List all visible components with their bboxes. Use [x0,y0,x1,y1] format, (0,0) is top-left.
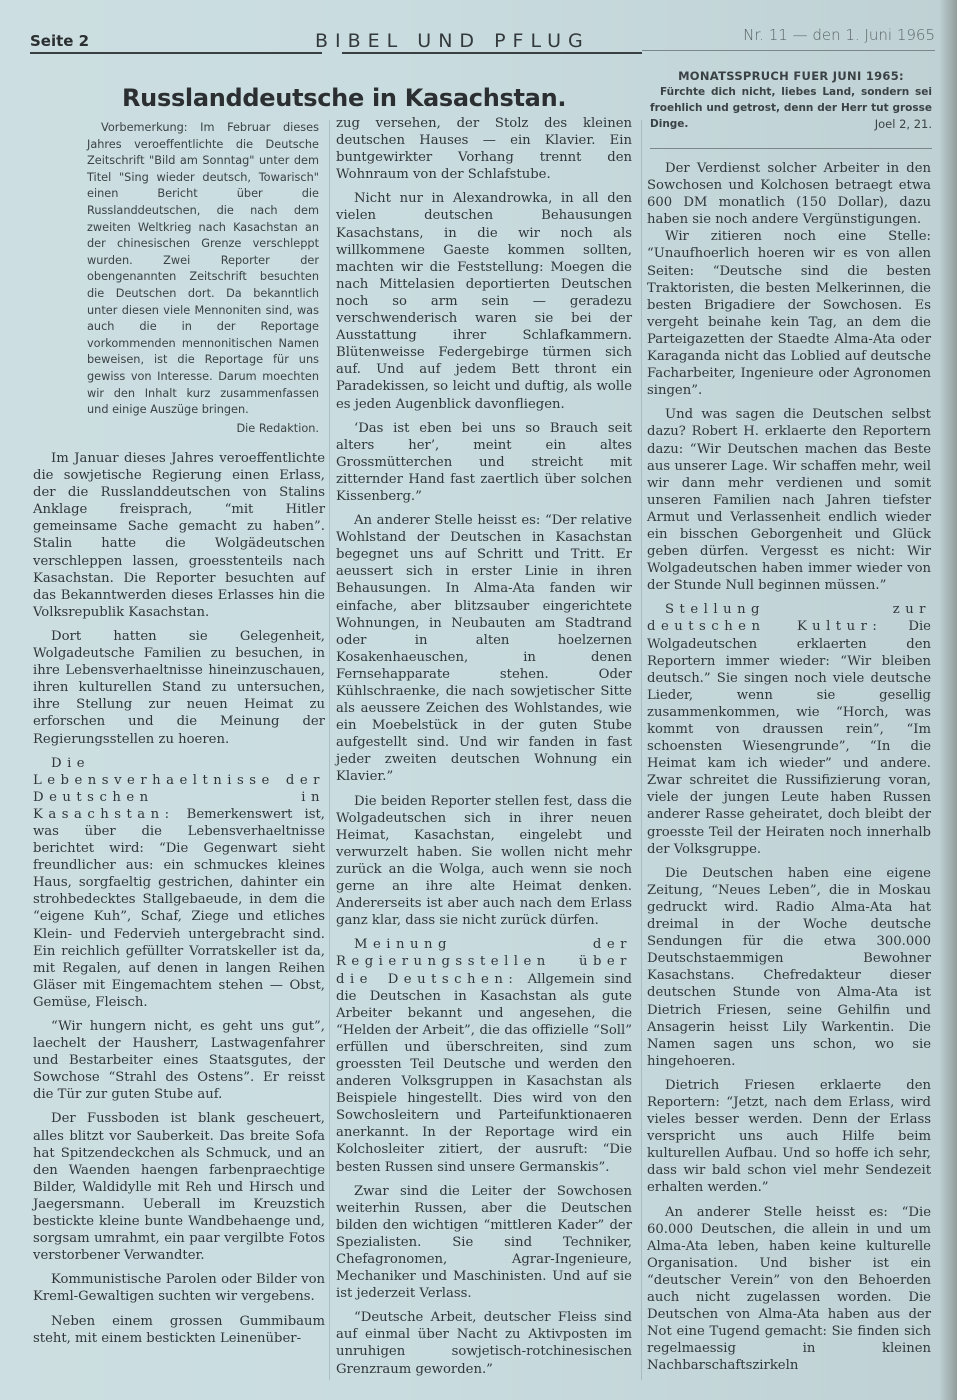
column-divider [641,120,642,1380]
paragraph: Die Deutschen haben eine eigene Zeitung,… [647,865,931,1070]
header-rule [342,52,642,54]
verse-divider [650,148,932,149]
paragraph: ‘Das ist eben bei uns so Brauch seit alt… [336,420,632,505]
preface-text: Vorbemerkung: Im Februar dieses Jahres v… [87,120,319,419]
newspaper-page: Seite 2 BIBEL UND PFLUG Nr. 11 — den 1. … [0,0,957,1400]
paragraph: Nicht nur in Alexandrowka, in all den vi… [336,190,632,412]
paragraph: zug versehen, der Stolz des kleinen deut… [336,115,632,183]
paragraph: Neben einem grossen Gummibaum steht, mit… [33,1313,325,1347]
paragraph: Kommunistische Parolen oder Bilder von K… [33,1271,325,1305]
paragraph: Wir zitieren noch eine Stelle: “Unaufhoe… [647,228,931,399]
paragraph: Der Fussboden ist blank gescheuert, alle… [33,1110,325,1264]
section-heading: Stellung zur deutschen Kultur: [647,602,931,634]
article-title: Russlanddeutsche in Kasachstan. [122,84,566,112]
verse-reference: Joel 2, 21. [865,116,932,132]
monthly-verse-text: Fürchte dich nicht, liebes Land, sondern… [650,84,932,132]
issue-date: Nr. 11 — den 1. Juni 1965 [743,26,935,44]
column-1: Im Januar dieses Jahres veroeffentlichte… [33,450,325,1354]
paragraph: Die beiden Reporter stellen fest, dass d… [336,793,632,930]
column-2: zug versehen, der Stolz des kleinen deut… [336,115,632,1385]
paragraph: Im Januar dieses Jahres veroeffentlichte… [33,450,325,621]
page-number: Seite 2 [30,32,89,50]
header-rule [642,50,935,51]
editorial-preface: Vorbemerkung: Im Februar dieses Jahres v… [87,120,319,437]
paragraph: Dietrich Friesen erklaerte den Reportern… [647,1077,931,1197]
monthly-verse: MONATSSPRUCH FUER JUNI 1965: Fürchte dic… [650,68,932,132]
paragraph: An anderer Stelle heisst es: “Der relati… [336,512,632,786]
paragraph: Dort hatten sie Gelegenheit, Wolgadeutsc… [33,628,325,748]
column-divider [329,120,330,1380]
preface-signature: Die Redaktion. [87,421,319,438]
paragraph: Zwar sind die Leiter der Sowchosen weite… [336,1183,632,1303]
header-rule [30,52,322,54]
page-header: Seite 2 BIBEL UND PFLUG Nr. 11 — den 1. … [30,32,935,62]
paragraph: Der Verdienst solcher Arbeiter in den So… [647,160,931,228]
binding-shadow [939,0,957,1400]
column-3: Der Verdienst solcher Arbeiter in den So… [647,160,931,1381]
section-paragraph: Meinung der Regierungsstellen über die D… [336,936,632,1175]
paragraph: “Deutsche Arbeit, deutscher Fleiss sind … [336,1309,632,1377]
section-paragraph: Stellung zur deutschen Kultur: Die Wolga… [647,601,931,857]
paragraph: An anderer Stelle heisst es: “Die 60.000… [647,1204,931,1375]
paragraph: Und was sagen die Deutschen selbst dazu?… [647,406,931,594]
masthead: BIBEL UND PFLUG [315,30,590,52]
paragraph: “Wir hungern nicht, es geht uns gut”, la… [33,1018,325,1103]
monthly-verse-heading: MONATSSPRUCH FUER JUNI 1965: [650,68,932,84]
section-paragraph: Die Lebensverhaeltnisse der Deutschen in… [33,755,325,1011]
